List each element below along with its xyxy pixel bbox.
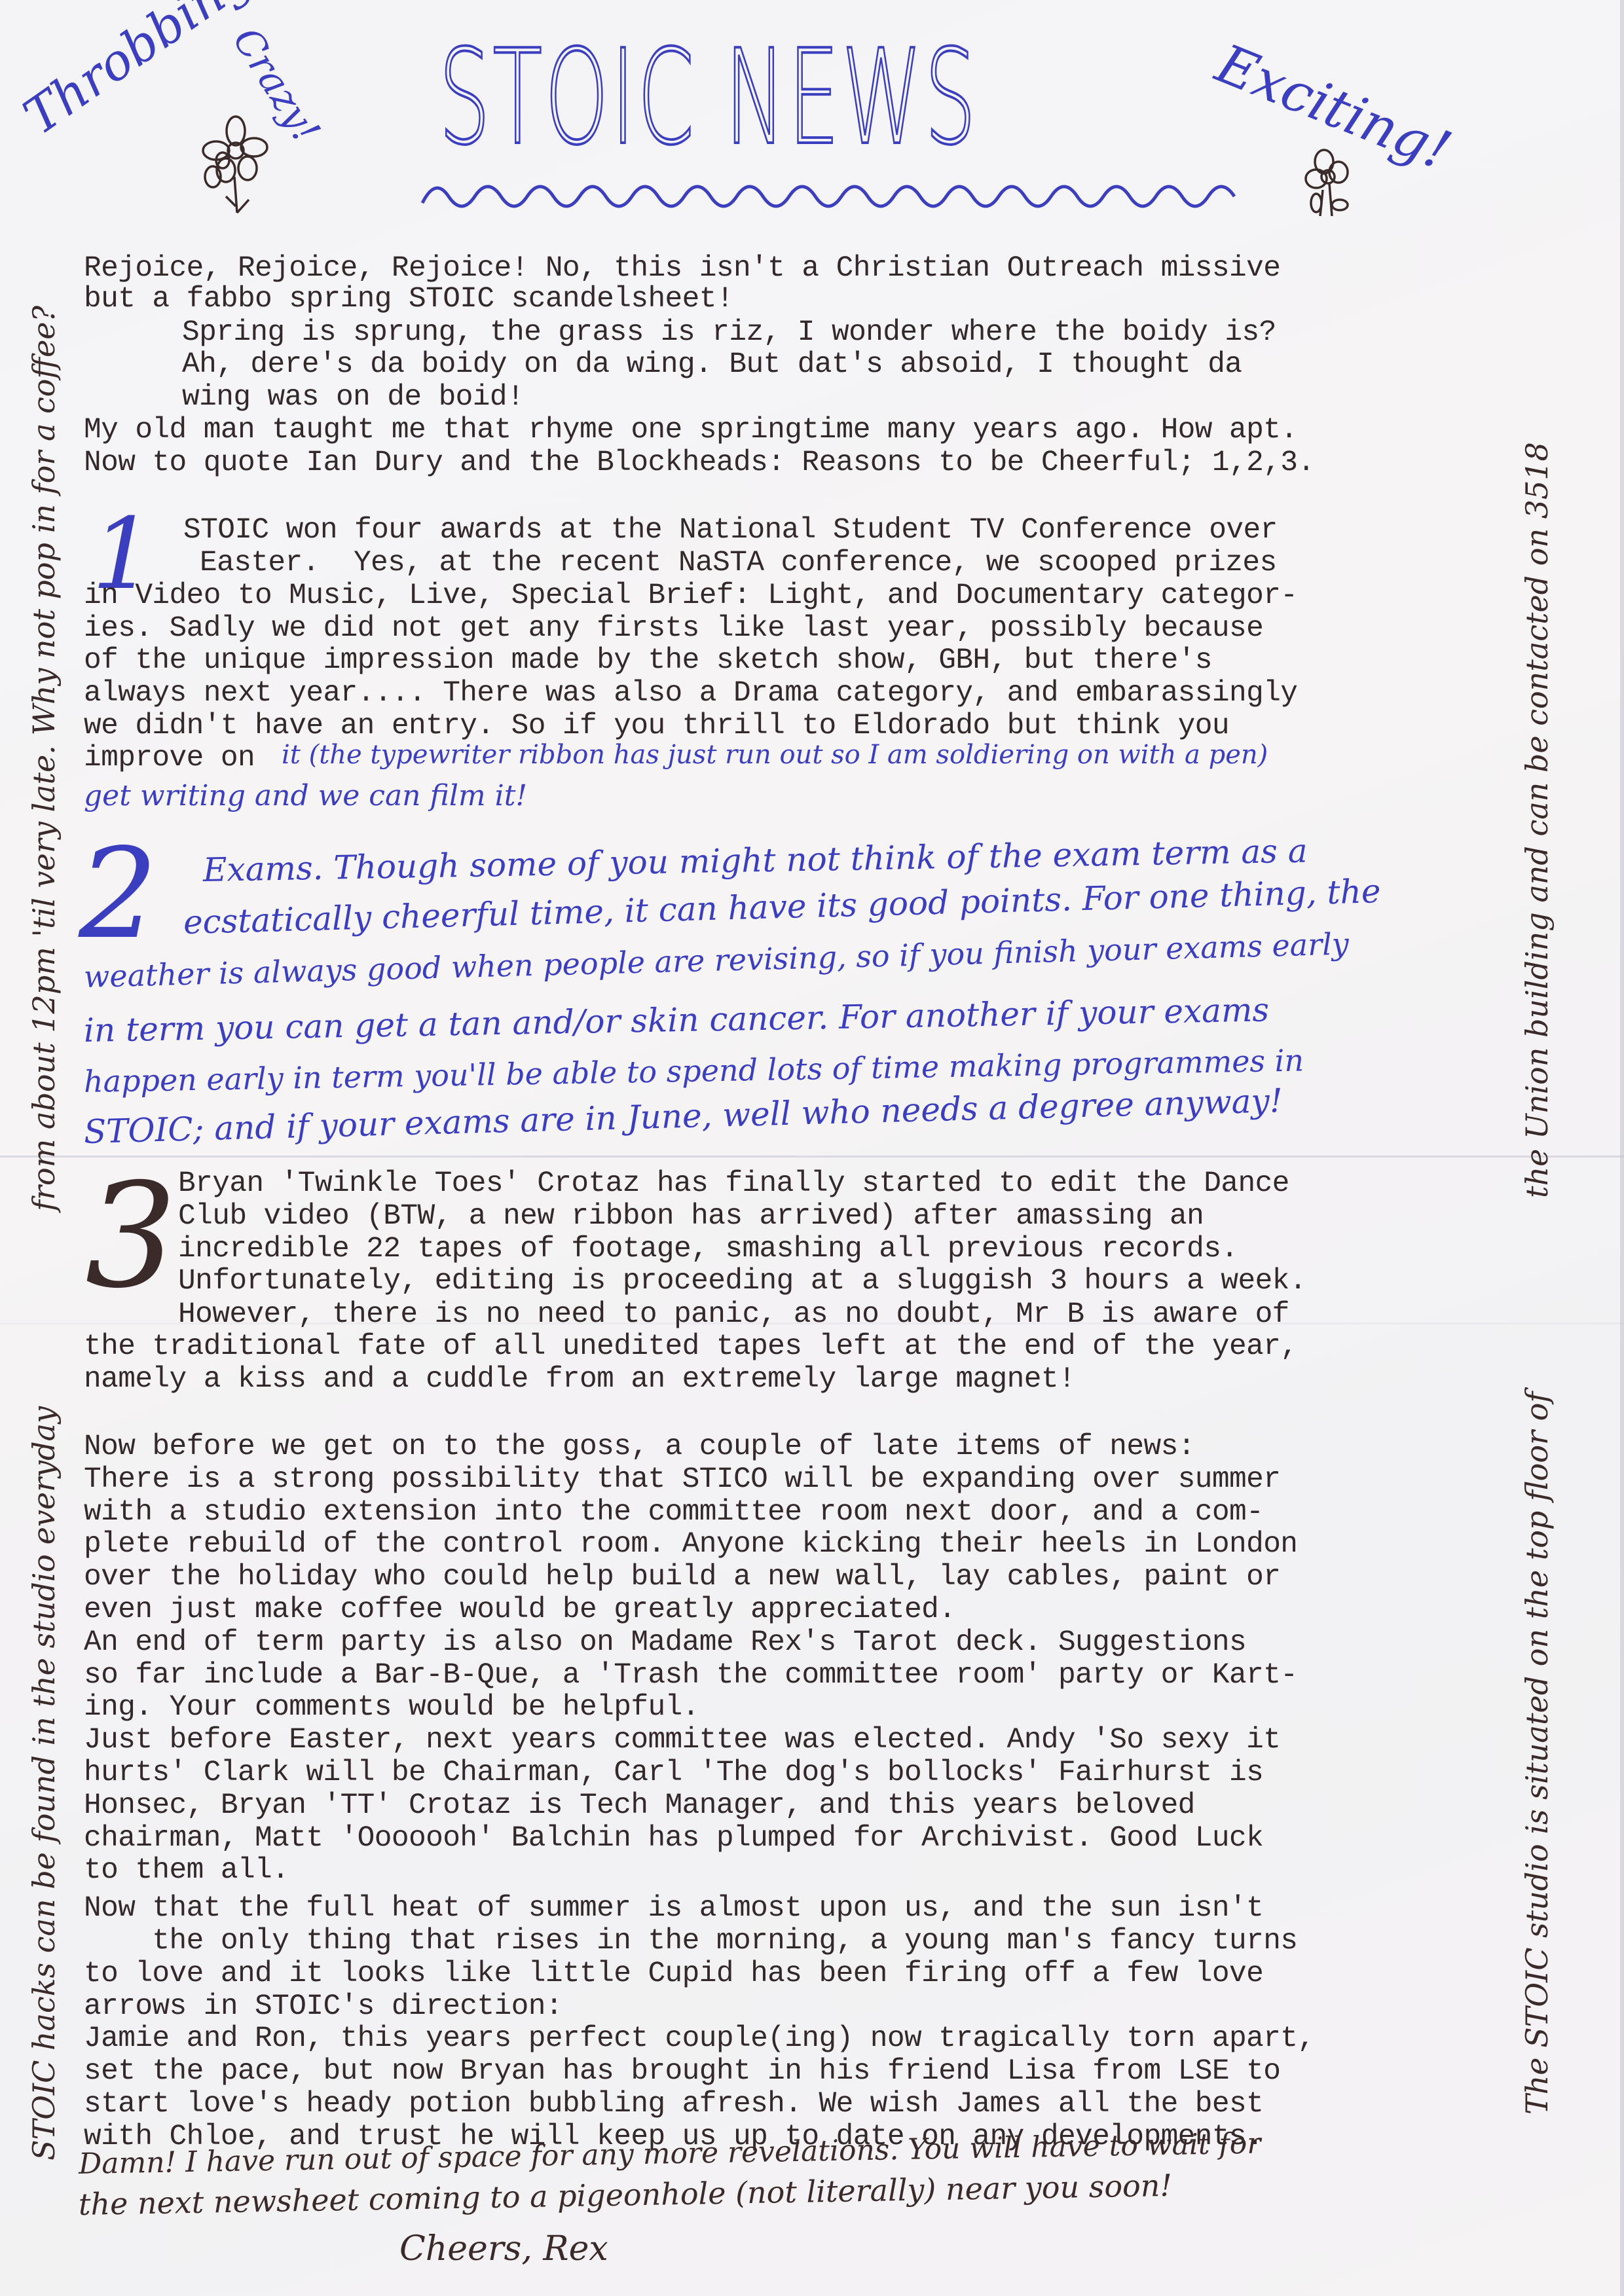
item-1-line: in Video to Music, Live, Special Brief: … (84, 579, 1297, 612)
masthead-title: STOIC NEWS (439, 26, 918, 170)
news-line: to love and it looks like little Cupid h… (84, 1958, 1263, 1990)
item-number-3: 3 (85, 1152, 177, 1320)
news-line: There is a strong possibility that STICO… (84, 1463, 1280, 1496)
news-line: with a studio extension into the committ… (84, 1496, 1263, 1529)
intro-line: but a fabbo spring STOIC scandelsheet! (84, 283, 733, 316)
item-1-line: always next year.... There was also a Dr… (84, 677, 1297, 710)
intro-line: Now to quote Ian Dury and the Blockheads… (84, 446, 1315, 479)
margin-note-left-top: from about 12pm 'til very late. Why not … (26, 306, 62, 1211)
news-line: chairman, Matt 'Ooooooh' Balchin has plu… (84, 1822, 1263, 1855)
flower-doodle-icon (196, 115, 275, 219)
intro-line: Rejoice, Rejoice, Rejoice! No, this isn'… (84, 252, 1280, 285)
news-line: An end of term party is also on Madame R… (84, 1626, 1246, 1659)
margin-note-left-bottom: STOIC hacks can be found in the studio e… (26, 1406, 62, 2160)
item-3-line: incredible 22 tapes of footage, smashing… (178, 1233, 1238, 1266)
item-1-handwritten: get writing and we can film it! (84, 779, 527, 812)
news-line: the only thing that rises in the morning… (84, 1925, 1297, 1958)
item-3-line: However, there is no need to panic, as n… (178, 1298, 1289, 1331)
news-line: ing. Your comments would be helpful. (84, 1691, 699, 1724)
item-3-line: Bryan 'Twinkle Toes' Crotaz has finally … (178, 1167, 1289, 1200)
item-1-line: improve on (84, 742, 255, 774)
news-line: set the pace, but now Bryan has brought … (84, 2055, 1280, 2088)
rhyme-line: Ah, dere's da boidy on da wing. But dat'… (84, 348, 1242, 381)
item-3-line: namely a kiss and a cuddle from an extre… (84, 1363, 1075, 1396)
news-line: over the holiday who could help build a … (84, 1561, 1280, 1594)
news-line: Now that the full heat of summer is almo… (84, 1892, 1263, 1925)
item-number-2: 2 (79, 822, 158, 966)
item-3-line: Club video (BTW, a new ribbon has arrive… (178, 1200, 1204, 1233)
item-1-line: of the unique impression made by the ske… (84, 644, 1212, 677)
news-line: Now before we get on to the goss, a coup… (84, 1430, 1195, 1463)
wavy-underline (419, 177, 1238, 216)
item-1-line: STOIC won four awards at the National St… (183, 514, 1278, 547)
item-3-line: the traditional fate of all unedited tap… (84, 1330, 1297, 1363)
item-3-line: Unfortunately, editing is proceeding at … (178, 1265, 1306, 1298)
news-line: Honsec, Bryan 'TT' Crotaz is Tech Manage… (84, 1789, 1195, 1822)
rhyme-line: wing was on de boid! (84, 381, 524, 414)
news-line: Jamie and Ron, this years perfect couple… (84, 2022, 1315, 2055)
margin-note-right-top: the Union building and can be contacted … (1519, 442, 1555, 1198)
item-1-line: ies. Sadly we did not get any firsts lik… (84, 612, 1263, 645)
item-1-line: we didn't have an entry. So if you thril… (84, 710, 1229, 742)
margin-note-right-bottom: The STOIC studio is situated on the top … (1519, 1392, 1555, 2115)
news-line: to them all. (84, 1854, 289, 1887)
item-1-handwritten: it (the typewriter ribbon has just run o… (282, 740, 1268, 770)
intro-line: My old man taught me that rhyme one spri… (84, 414, 1297, 446)
news-line: arrows in STOIC's direction: (84, 1990, 563, 2023)
item-1-line: Easter. Yes, at the recent NaSTA confere… (200, 547, 1277, 579)
news-line: hurts' Clark will be Chairman, Carl 'The… (84, 1757, 1263, 1789)
signoff: Cheers, Rex (399, 2229, 608, 2269)
news-line: plete rebuild of the control room. Anyon… (84, 1528, 1297, 1561)
news-line: Just before Easter, next years committee… (84, 1724, 1280, 1757)
flower-doodle-icon (1303, 147, 1356, 219)
news-line: so far include a Bar-B-Que, a 'Trash the… (84, 1659, 1297, 1692)
news-line: start love's heady potion bubbling afres… (84, 2088, 1263, 2121)
news-line: even just make coffee would be greatly a… (84, 1594, 955, 1626)
paper-edge (1620, 0, 1624, 2296)
item-2-handwritten: in term you can get a tan and/or skin ca… (83, 991, 1269, 1049)
rhyme-line: Spring is sprung, the grass is riz, I wo… (84, 316, 1276, 349)
